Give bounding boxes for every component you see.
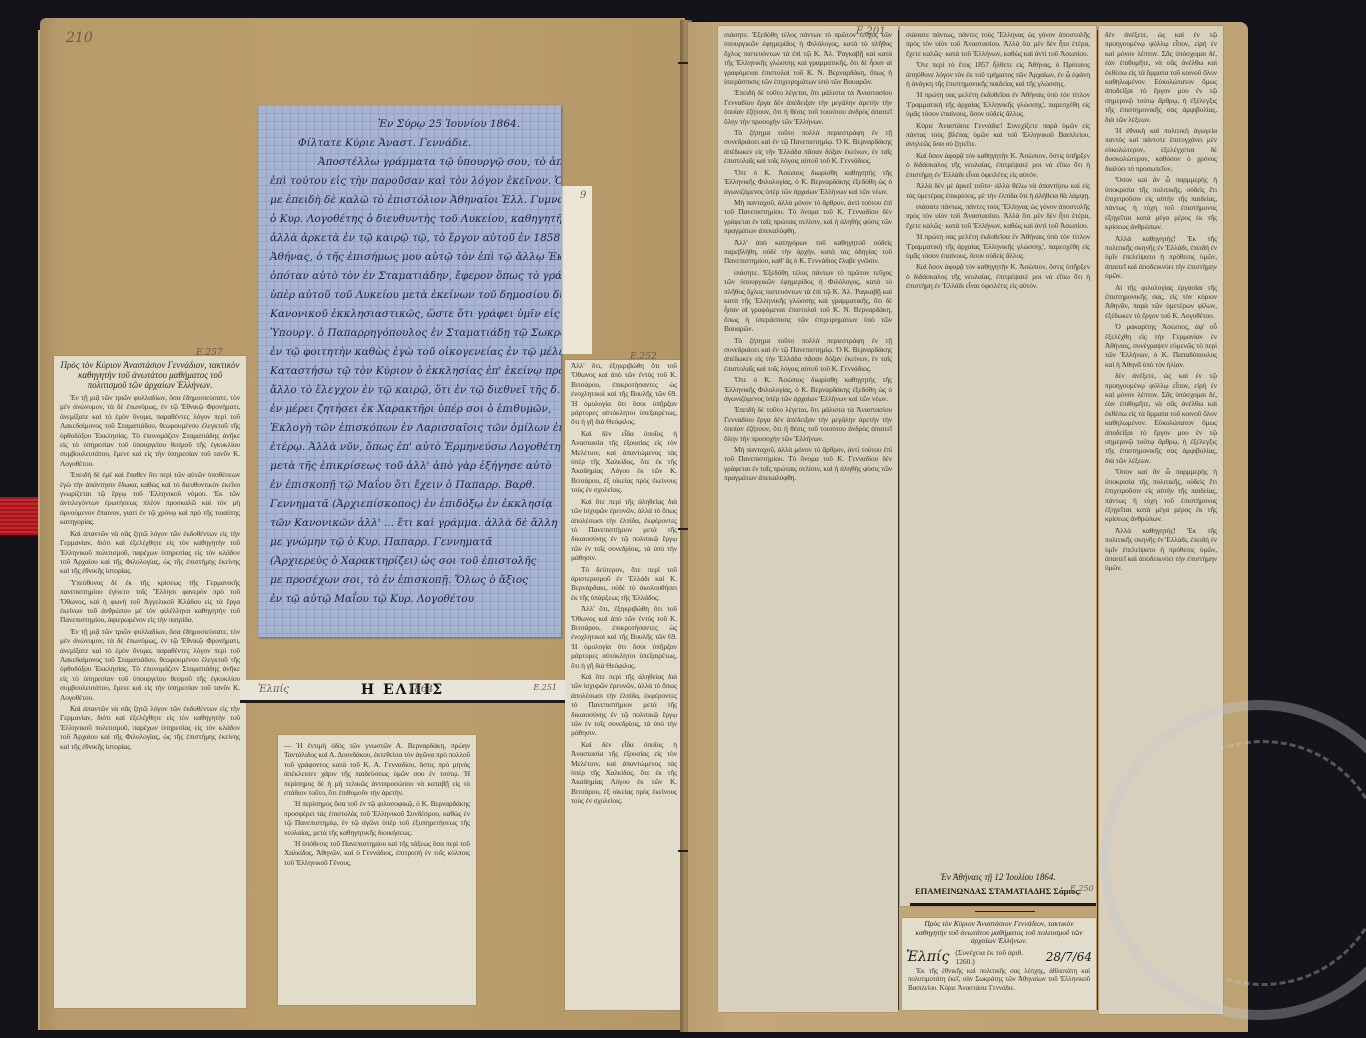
letter-line: ἀλλὰ ἀρκετὰ ἐν τῷ καιρῷ τῷ, τὸ ἔργον αὐτ… [258,229,561,248]
letter-line: ὁπόταν αὐτὸ τὸν ἐν Σταματιάδην, ἔφερον ὅ… [258,267,561,286]
column-rule [1097,30,1098,1010]
separator-rule [975,911,1035,912]
column-paragraph: Ὅτε περὶ τὸ ἔτος 1857 ἦλθετε εἰς Ἀθήνας,… [900,59,1096,89]
column-paragraph: Ἀλλὰ καθηγητής! Ἐκ τῆς πολιτικῆς σκηνῆς … [1099,233,1223,282]
column-paragraph: Ἡ πρώτη σας μελέτη ἐκδοθεῖσα ἐν Ἀθήναις … [900,231,1096,261]
column-paragraph: Μὴ πανταχοῦ, ἀλλὰ μόνον τὸ ἄρθρον, ἀντὶ … [718,197,898,237]
column-paragraph: Ὅτε ὁ Κ. Ἀσώπιος διωρίσθη καθηγητὴς τῆς … [718,374,898,404]
signature-place-date: Ἐν Ἀθήναις τῇ 12 Ἰουλίου 1864. [900,872,1096,882]
clipping-paragraph: Καὶ ὅτε περὶ τῆς ἀληθείας διὰ τῶν ἰσχυρῶ… [565,671,683,739]
clipping-paragraph: Καὶ ἀπαντῶν νὰ σᾶς ζητῶ λόγον τῶν ἐκδοθέ… [54,703,246,752]
letter-line: Ὑπουργ. ὁ Παπαρρηγόπουλος ἐν Σταματιάδῃ … [258,324,561,343]
handwritten-date: 28/7/64 [1046,950,1092,964]
letter-line: μετὰ τῆς ἐπικρίσεως τοῦ ἀλλ' ἀπὸ γὰρ ἐξή… [258,457,561,476]
separator-rule [910,903,1096,906]
column-paragraph: Ἀλλ' ἀπὸ κατηγόρων τοῦ καθηγητοῦ οὐδεὶς … [718,237,898,267]
letter-line: ἑτέρῳ. Ἀλλὰ νῦν, ὅπως ἐπ' αὐτὸ Ἑρμηνεύσω… [258,438,561,457]
archive-mark: Ε.250 [1070,884,1094,893]
seal-inner-ring [1140,740,1366,986]
column-paragraph: Ἐπειδὴ δὲ τοῦτο λέγεται, ὅτι μάλιστα τὰ … [718,87,898,127]
column-paragraph: Καὶ ὅσον ἀφορᾷ τὸν καθηγητὴν Κ. Ἀσώπιον,… [900,150,1096,180]
column-paragraph: σιάσατε πάντως, πάντες τοὺς Ἕλληνας ὡς γ… [900,201,1096,231]
column-paragraph: Αἱ τῆς φιλολογίας ἐργασίαι τῆς ἐπιστημον… [1099,282,1223,322]
letter-line: με γνώμην τῷ ὁ Κυρ. Παπαρρ. Γεννηματᾶ [258,533,561,552]
letter-dateline: Ἐν Σύρῳ 25 Ἰουνίου 1864. [258,105,561,134]
clipping-paragraph: Ἡ περίσημος ὅσα τοῦ ἐν τῷ φιλοσοφικῷ, ὁ … [278,798,476,838]
pencil-note: Ἐλπίς [258,680,289,700]
letter-line: Ἐκλογὴ τῶν ἐπισκόπων ἐν Λαρισσαῖοις τῶν … [258,419,561,438]
letter-line: ἄλλο τὸ ἔλεγχον ἐν τῷ καιρῷ, ὅτι ἐν τῷ δ… [258,381,561,400]
folio-number: 210 [66,30,93,46]
letter-line: τῶν Κανονικῶν ἀλλ' ... ἔτι καὶ γράμμα. ἀ… [258,514,561,533]
archive-mark: Ε.251 [533,678,557,698]
letter-line: Ἀποστέλλω γράμματα τῷ ὑπουργῷ σου, τὸ ἀπ… [258,153,561,172]
column-paragraph: Ἀλλὰ καθηγητής! Ἐκ τῆς πολιτικῆς σκηνῆς … [1099,525,1223,574]
column-paragraph: Ὁ μακαρίτης Ἀσώπιος, ἀφ' οὗ ἐξελέχθη εἰς… [1099,321,1223,370]
newspaper-column-2: σιάσατε πάντως, πάντες τοὺς Ἕλληνας ὡς γ… [900,26,1096,906]
clipping-paragraph: Καὶ δὲν εἶδα ὁποῖος ἡ Ἀναστασία τῆς ἐξου… [565,739,683,807]
letter-line: ἐν τῷ φοιτητὴν καθὼς ἐγὼ τοῦ οἰκογενείας… [258,343,561,362]
letter-line: ἐν τῷ αὐτῷ Μαΐου τῷ Κυρ. Λογοθέτου [258,590,561,609]
slip-number: 9 [580,190,586,201]
letter-line: ὑπὲρ αὐτοῦ τοῦ Λυκείου μετὰ ἐκείνων τοῦ … [258,286,561,305]
letter-line: Γεννηματᾶ (Ἀρχιεπίσκοπος) ἐν ἐπιδόξῳ ἐν … [258,495,561,514]
letter-line: Ἀθήνας, ὁ τῆς ἐπισήμως μου αὐτῷ τὸν ἐπὶ … [258,248,561,267]
letter-line: με ἐπειδὴ δὲ καλῶ τὸ ἐπιστόλιον Ἀθηναῖοι… [258,191,561,210]
clipping-heading: Πρὸς τὸν Κύριον Ἀναστάσιον Γεννάδιον, τα… [54,356,246,392]
letter-salutation: Φίλτατε Κύριε Ἀναστ. Γεννάδιε. [258,134,561,153]
newspaper-column-1: σιάσητε. Ἐξεδόθη τέλος πάντων τὸ πρῶτον … [718,26,898,1012]
archive-mark: Ε.252 [630,352,657,362]
letter-line: Κανονικοῦ ἐκκλησιαστικῶς, ὥστε ὅτι γράφε… [258,305,561,324]
column-paragraph: δὲν ἀνέξετε, ὡς καὶ ἐν τῷ προηγουμένῳ φύ… [1099,370,1223,466]
column-paragraph: Τὸ ζήτημα τοῦτο πολλὰ περιεστράφη ἐν τῇ … [718,335,898,375]
column-paragraph: Ἡ πρώτη σας μελέτη ἐκδοθεῖσα ἐν Ἀθήναις … [900,89,1096,119]
column-paragraph: δὲν ἀνέξετε, ὡς καὶ ἐν τῷ προηγουμένῳ φύ… [1099,26,1223,125]
clipping-paragraph: — Ἡ ἐντιμὴ ὁδὸς τῶν γνωστῶν Α. Βερναρδάκ… [278,735,476,798]
paper-slip: 9 [558,186,592,354]
column-paragraph: σιάσατε πάντως, πάντες τοὺς Ἕλληνας ὡς γ… [900,26,1096,59]
newspaper-clipping-bottom: Πρὸς τὸν Κύριον Ἀναστάσιον Γεννάδιον, τα… [902,918,1096,1010]
clipping-paragraph: Καὶ δὲν εἶδα ὁποῖος ἡ Ἀναστασία τῆς ἐξου… [565,428,683,496]
clipping-paragraph: Ἐκ τῆς ἐθνικῆς καὶ πολιτικῆς σας λέσχης,… [902,966,1096,994]
clipping-paragraph: Τὸ δεύτερον, ὅτε περὶ τοῦ ἀριστερισμοῦ ἐ… [565,564,683,604]
handwritten-letter: Ἐν Σύρῳ 25 Ἰουνίου 1864. Φίλτατε Κύριε Ἀ… [258,105,561,637]
newspaper-clipping-small: — Ἡ ἐντιμὴ ὁδὸς τῶν γνωστῶν Α. Βερναρδάκ… [278,735,476,1005]
letter-line: Καταστήσω τῷ τὸν Κύριον ὁ ἐκκλησίας ἐπ' … [258,362,561,381]
newspaper-clipping-left: Πρὸς τὸν Κύριον Ἀναστάσιον Γεννάδιον, τα… [54,356,246,1008]
bookmark-ribbon [0,497,40,535]
clipping-paragraph: Ὑπεύθυνος δὲ ἐκ τῆς κρίσεως τῆς Γερμανικ… [54,577,246,626]
pencil-note: 1864 [408,680,433,700]
column-paragraph: Κύριε Ἀναστάσιε Γεννάδιε! Συνεχίζετε παρ… [900,120,1096,150]
signature-name: ΕΠΑΜΕΙΝΩΝΔΑΣ ΣΤΑΜΑΤΙΑΔΗΣ Σάμιος. [900,886,1096,896]
letter-line: ἐν μέρει ζητήσει ἐκ Χαρακτῆρι ὑπέρ σοι ὁ… [258,400,561,419]
column-paragraph: Ὅσον καὶ ἂν ὦ παρμμερής ἡ ὑποκρισία τῆς … [1099,174,1223,232]
column-paragraph: Ἡ ἐθνικὴ καὶ πολιτικὴ ἀγωγεία παντὸς καὶ… [1099,125,1223,174]
source-reference: (Συνέχεια ἐκ τοῦ ἀριθ. 1260.) [955,948,1039,966]
column-rule [898,30,899,1010]
clipping-paragraph: Ἡ ὑπόθεσις τοῦ Πανεπιστημίου καὶ τῆς τάξ… [278,838,476,868]
clipping-paragraph: Ἐν τῇ μιᾷ τῶν τριῶν φυλλαδίων, ὅσα ἐδημο… [54,392,246,469]
newspaper-masthead: Ἐλπίς Η ΕΛΠΙΣ 1864 Ε.251 [240,680,565,703]
column-paragraph: Ἀλλὰ δὲν μὲ ἀρκεῖ τοῦτο· ἀλλὰ θέλω νὰ ἀπ… [900,180,1096,201]
letter-line: (Ἀρχιερεὺς ὁ Χαρακτηρίζει) ὡς σοι τοῦ ἐπ… [258,552,561,571]
column-paragraph: Τὸ ζήτημα τοῦτο πολλὰ περιεστράφη ἐν τῇ … [718,127,898,167]
letter-line: με προσέχων σοι, τὸ ἐν ἐπισκοπῇ. Ὅλως ὁ … [258,571,561,590]
clipping-paragraph: Καὶ ἀπαντῶν νὰ σᾶς ζητῶ λόγον τῶν ἐκδοθέ… [54,528,246,577]
newspaper-clipping-center: Ἀλλ' ὅτι, ἐξηκριβώθη ὅτι τοῦ Ὄθωνος καὶ … [565,360,683,1010]
clipping-paragraph: Ἀλλ' ὅτι, ἐξηκριβώθη ὅτι τοῦ Ὄθωνος καὶ … [565,360,683,428]
archive-mark: Ε.257 [196,348,223,358]
clipping-heading: Πρὸς τὸν Κύριον Ἀναστάσιον Γεννάδιον, τα… [902,918,1096,948]
archive-mark: Ε.201 [856,26,886,37]
clipping-paragraph: Ἐν τῇ μιᾷ τῶν τριῶν φυλλαδίων, ὅσα ἐδημο… [54,626,246,703]
column-paragraph: Ὅτε ὁ Κ. Ἀσώπιος διωρίσθη καθηγητὴς τῆς … [718,167,898,197]
column-paragraph: Καὶ ὅσον ἀφορᾷ τὸν καθηγητὴν Κ. Ἀσώπιον,… [900,261,1096,291]
letter-line: ἐν ἐπισκοπῇ τῷ Μαΐου ὅτι ἔχειν ὁ Παπαρρ.… [258,476,561,495]
letter-line: ὁ Κυρ. Λογοθέτης ὁ διευθυντὴς τοῦ Λυκείο… [258,210,561,229]
column-paragraph: σιάσητε. Ἐξεδόθη τέλος πάντων τὸ πρῶτον … [718,267,898,335]
handwritten-source: Ἐλπίς [906,949,949,965]
column-paragraph: Ὅσον καὶ ἂν ὦ παρμμερής ἡ ὑποκρισία τῆς … [1099,466,1223,524]
clipping-paragraph: Ἀλλ' ὅτι, ἐξηκριβώθη ὅτι τοῦ Ὄθωνος καὶ … [565,603,683,671]
clipping-paragraph: Ἐπειδὴ δὲ ἐμὲ καὶ ἔπαθεν ὅτι περὶ τῶν αὐ… [54,469,246,527]
clipping-paragraph: Καὶ ὅτε περὶ τῆς ἀληθείας διὰ τῶν ἰσχυρῶ… [565,496,683,564]
column-paragraph: Μὴ πανταχοῦ, ἀλλὰ μόνον τὸ ἄρθρον, ἀντὶ … [718,444,898,484]
letter-line: ἐπὶ τούτου εἰς τὴν παροῦσαν καὶ τὸν λόγο… [258,172,561,191]
column-paragraph: Ἐπειδὴ δὲ τοῦτο λέγεται, ὅτι μάλιστα τὰ … [718,404,898,444]
